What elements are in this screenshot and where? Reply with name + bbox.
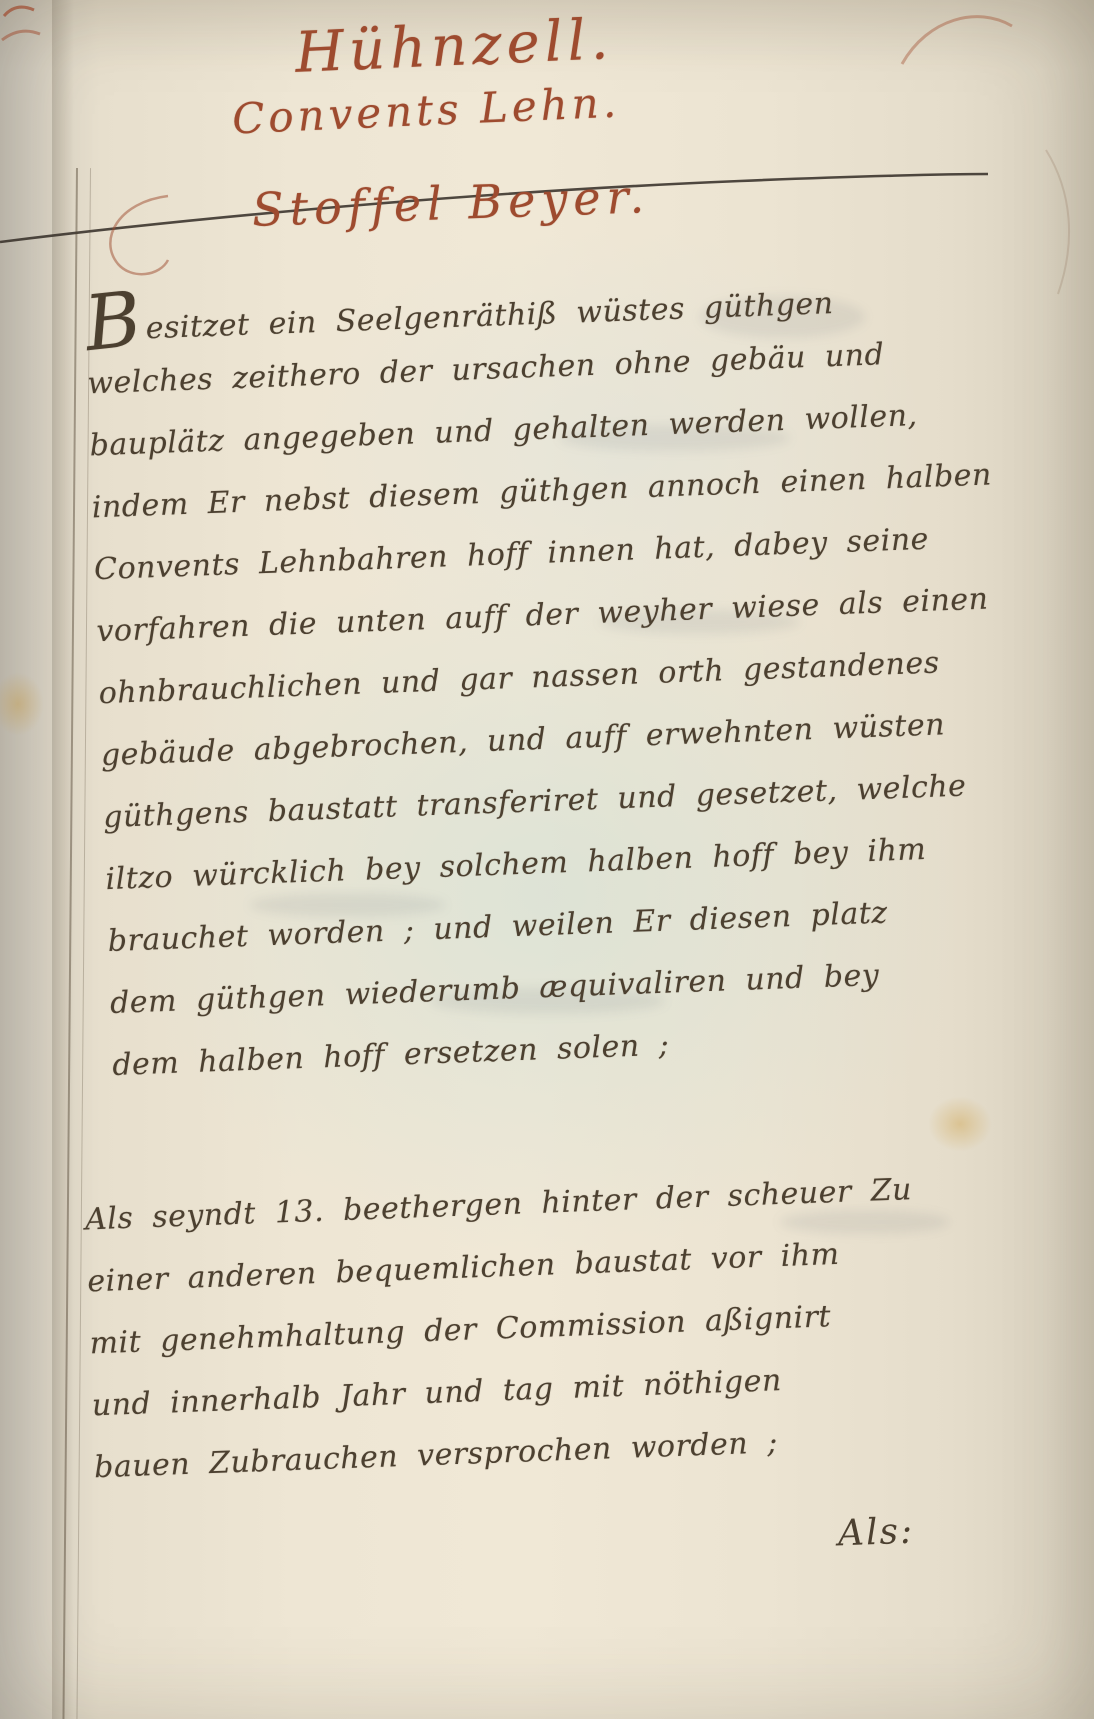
red-corner-mark [2,31,40,40]
paragraph-1: Besitzet ein Seelgenräthiß wüstes güthge… [70,255,1094,1098]
ink-flourish [110,196,168,274]
red-flourish [902,17,1012,64]
manuscript-page: Hühnzell. Convents Lehn. Stoffel Beyer. … [0,0,1094,1719]
heading-place-name: Hühnzell. [294,7,615,86]
red-corner-mark [4,7,34,16]
paragraph-2: Als seyndt 13. beethergen hinter der sch… [70,1153,1094,1500]
initial-capital: B [82,288,145,356]
catchword: Als: [837,1511,915,1555]
